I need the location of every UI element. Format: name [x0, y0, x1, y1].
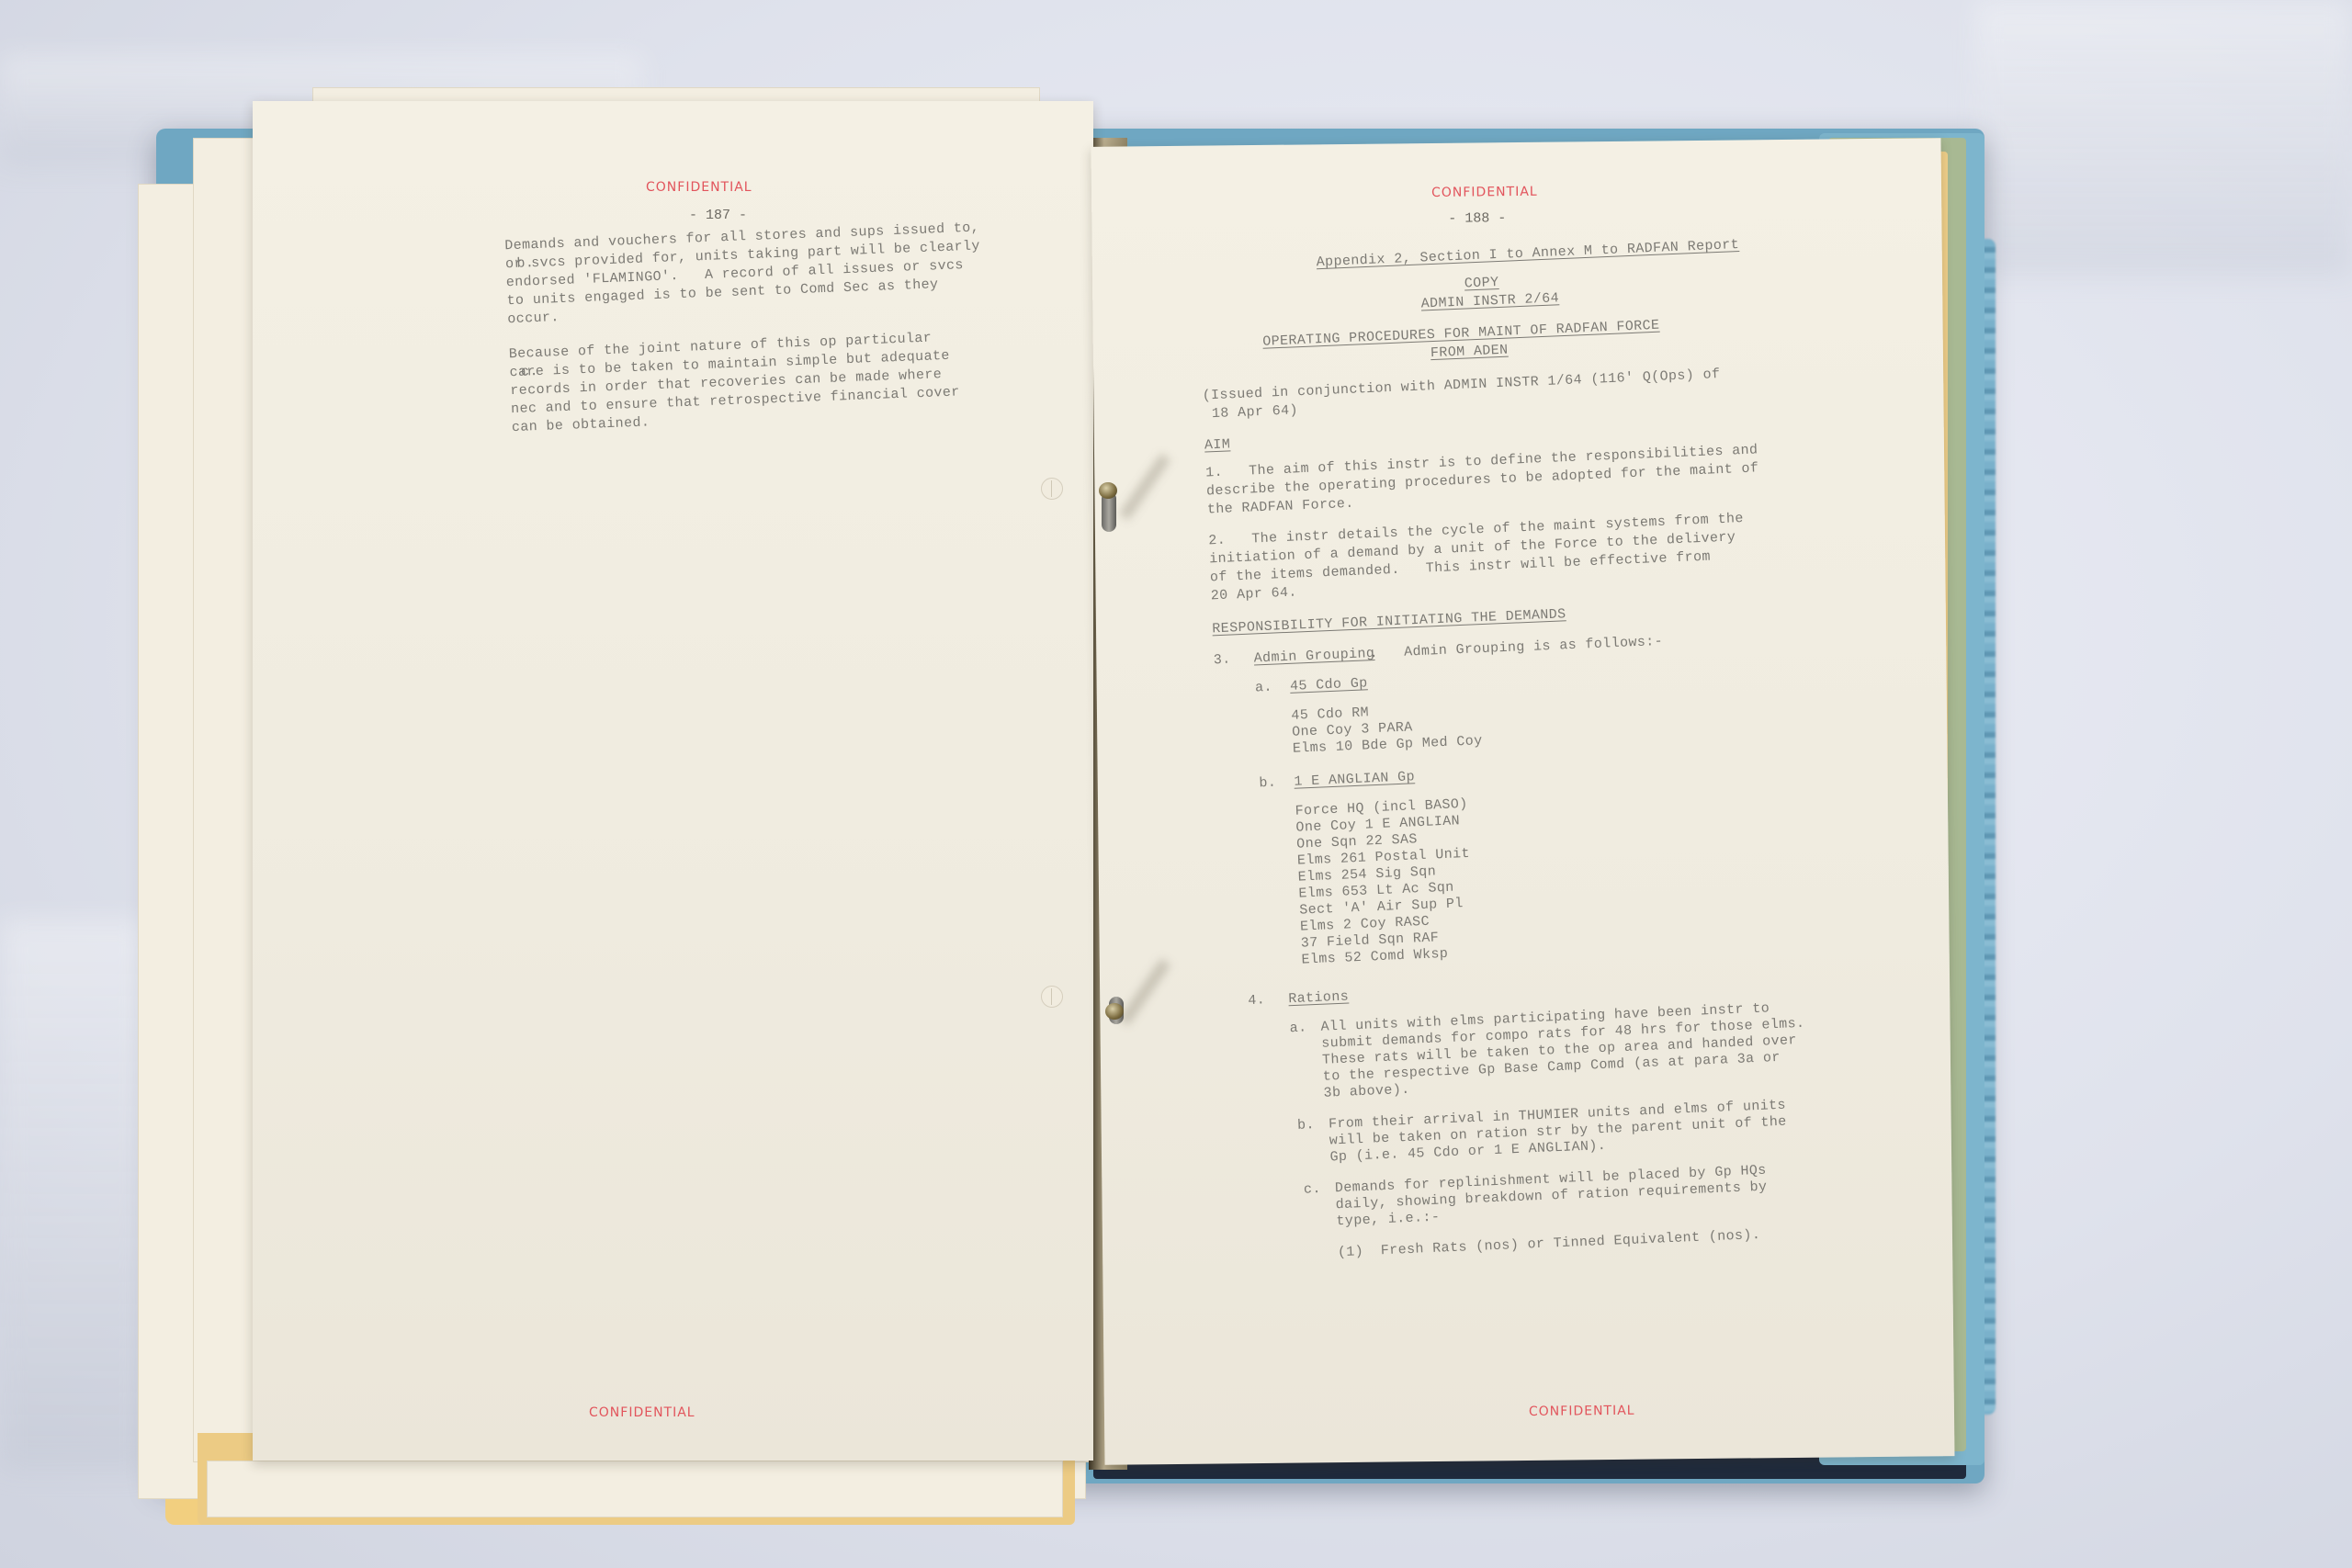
classification-stamp-bottom: CONFIDENTIAL: [1529, 1404, 1635, 1419]
para-4-title: Rations: [1288, 987, 1350, 1009]
ration-c-label: c.: [1304, 1180, 1322, 1200]
punch-hole: [1041, 478, 1063, 500]
left-underlying-sheet: [207, 1461, 1063, 1517]
section-heading-responsibility: RESPONSIBILITY FOR INITIATING THE DEMAND…: [1212, 605, 1566, 638]
classification-stamp-top: CONFIDENTIAL: [1431, 185, 1538, 200]
section-heading-aim: AIM: [1204, 435, 1231, 455]
para-2-line: 20 Apr 64.: [1210, 583, 1297, 605]
ration-c-line: type, i.e.:-: [1336, 1209, 1441, 1232]
page-188: CONFIDENTIAL - 188 - Appendix 2, Section…: [1091, 138, 1955, 1465]
ration-b-label: b.: [1297, 1116, 1316, 1135]
group-a-label: a.: [1255, 679, 1273, 698]
ration-a-label: a.: [1289, 1019, 1307, 1038]
para-3-text: . Admin Grouping is as follows:-: [1369, 633, 1663, 663]
binder-post-cap: [1099, 482, 1117, 499]
group-b-title: 1 E ANGLIAN Gp: [1294, 768, 1415, 791]
classification-stamp-bottom: CONFIDENTIAL: [589, 1405, 695, 1420]
issued-note-line-2: 18 Apr 64): [1203, 401, 1298, 423]
punch-hole: [1041, 986, 1063, 1008]
page-number: - 188 -: [1448, 210, 1506, 227]
para-4-number: 4.: [1248, 991, 1266, 1010]
ration-a-line: 3b above).: [1323, 1081, 1410, 1103]
group-a-title: 45 Cdo Gp: [1290, 674, 1368, 696]
para-b-line: occur.: [507, 309, 560, 329]
page-187: CONFIDENTIAL - 187 - b. Demands and vouc…: [253, 101, 1093, 1461]
cloth-fold: [0, 919, 147, 1470]
para-3-title: Admin Grouping: [1253, 645, 1374, 668]
cloth-fold: [1975, 0, 2352, 276]
page-number: - 187 -: [689, 208, 747, 223]
classification-stamp-top: CONFIDENTIAL: [646, 180, 752, 195]
group-b-label: b.: [1259, 774, 1277, 794]
issued-note: (Issued in conjunction with ADMIN INSTR …: [1202, 366, 1720, 406]
binder-post-cap: [1105, 1003, 1124, 1020]
heading-copy: COPY: [1464, 274, 1498, 294]
para-3-number: 3.: [1213, 651, 1231, 671]
heading-title-line-2: FROM ADEN: [1430, 342, 1509, 364]
ration-sub-item-1: (1) Fresh Rats (nos) or Tinned Equivalen…: [1338, 1226, 1761, 1262]
heading-admin-instr: ADMIN INSTR 2/64: [1420, 289, 1559, 313]
heading-appendix-reference: Appendix 2, Section I to Annex M to RADF…: [1316, 236, 1739, 272]
